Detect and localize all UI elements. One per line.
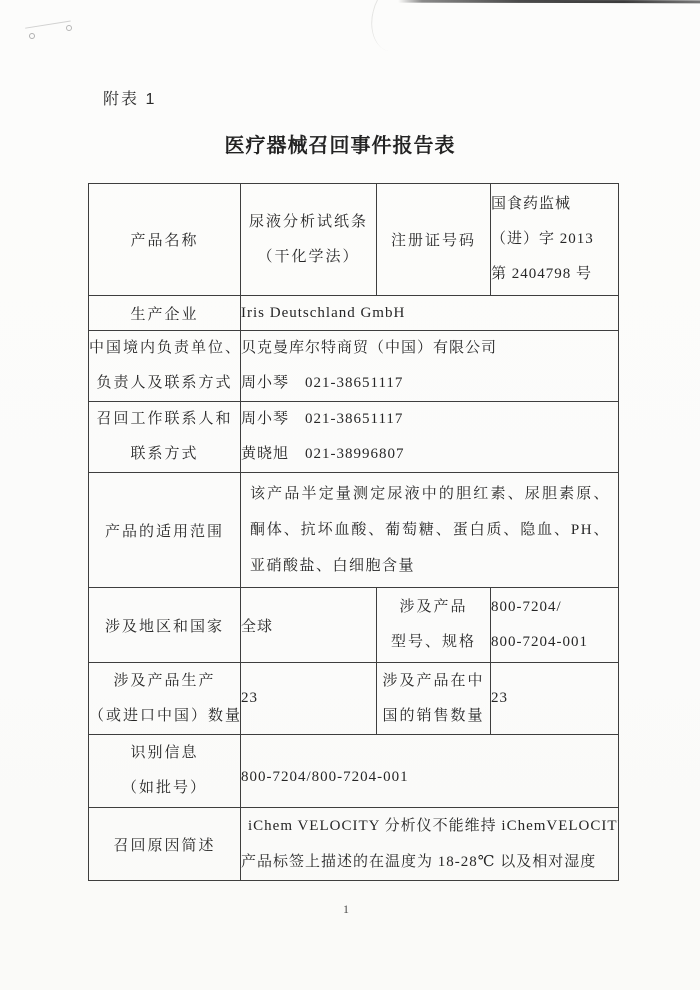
- manufacturer-label: 生产企业: [89, 296, 241, 331]
- row-china-agent: 中国境内负责单位、 负责人及联系方式 贝克曼库尔特商贸（中国）有限公司 周小琴 …: [89, 331, 619, 402]
- scope-label: 产品的适用范围: [89, 473, 241, 588]
- page-number: 1: [0, 902, 692, 917]
- recall-contact-value-line: 黄晓旭 021-38996807: [241, 437, 618, 472]
- recall-reason-label: 召回原因简述: [89, 808, 241, 881]
- china-agent-value-line: 周小琴 021-38651117: [241, 366, 618, 401]
- identification-value: 800-7204/800-7204-001: [241, 735, 619, 808]
- recall-contact-label-line: 召回工作联系人和: [89, 402, 240, 437]
- recall-contact-label: 召回工作联系人和 联系方式: [89, 402, 241, 473]
- product-name-value: 尿液分析试纸条 （干化学法）: [241, 184, 377, 296]
- recall-reason-value-line: iChem VELOCITY 分析仪不能维持 iChemVELOCITY: [241, 808, 618, 844]
- region-label: 涉及地区和国家: [89, 588, 241, 663]
- model-spec-label-line: 型号、规格: [377, 625, 490, 660]
- product-name-line: 尿液分析试纸条: [241, 205, 376, 240]
- scan-artifact-speck: [66, 25, 72, 31]
- china-sales-value: 23: [491, 663, 619, 735]
- product-name-label: 产品名称: [89, 184, 241, 296]
- identification-label-line: （如批号）: [89, 771, 240, 806]
- production-quantity-value: 23: [241, 663, 377, 735]
- registration-number-line: 第 2404798 号: [491, 257, 618, 292]
- model-spec-value-line: 800-7204/: [491, 590, 618, 625]
- identification-label: 识别信息 （如批号）: [89, 735, 241, 808]
- row-manufacturer: 生产企业 Iris Deutschland GmbH: [89, 296, 619, 331]
- scan-artifact-top-edge: [398, 0, 700, 3]
- row-product-name: 产品名称 尿液分析试纸条 （干化学法） 注册证号码 国食药监械 （进）字 201…: [89, 184, 619, 296]
- recall-contact-label-line: 联系方式: [89, 437, 240, 472]
- page-title: 医疗器械召回事件报告表: [0, 129, 680, 158]
- model-spec-value-line: 800-7204-001: [491, 625, 618, 660]
- row-quantity: 涉及产品生产 （或进口中国）数量 23 涉及产品在中 国的销售数量 23: [89, 663, 619, 735]
- annex-label: 附表 1: [103, 86, 156, 109]
- region-value: 全球: [241, 588, 377, 663]
- row-identification: 识别信息 （如批号） 800-7204/800-7204-001: [89, 735, 619, 808]
- china-agent-label-line: 中国境内负责单位、: [89, 331, 240, 366]
- recall-report-table: 产品名称 尿液分析试纸条 （干化学法） 注册证号码 国食药监械 （进）字 201…: [88, 183, 619, 881]
- identification-label-line: 识别信息: [89, 736, 240, 771]
- row-recall-reason: 召回原因简述 iChem VELOCITY 分析仪不能维持 iChemVELOC…: [89, 808, 619, 881]
- china-agent-label: 中国境内负责单位、 负责人及联系方式: [89, 331, 241, 402]
- production-quantity-label: 涉及产品生产 （或进口中国）数量: [89, 663, 241, 735]
- manufacturer-value: Iris Deutschland GmbH: [241, 296, 619, 331]
- scope-value-text: 该产品半定量测定尿液中的胆红素、尿胆素原、酮体、抗坏血酸、葡萄糖、蛋白质、隐血、…: [241, 473, 618, 587]
- row-scope: 产品的适用范围 该产品半定量测定尿液中的胆红素、尿胆素原、酮体、抗坏血酸、葡萄糖…: [89, 473, 619, 588]
- model-spec-value: 800-7204/ 800-7204-001: [491, 588, 619, 663]
- scan-artifact-speck: [29, 33, 35, 39]
- scope-value: 该产品半定量测定尿液中的胆红素、尿胆素原、酮体、抗坏血酸、葡萄糖、蛋白质、隐血、…: [241, 473, 619, 588]
- registration-number-line: 国食药监械: [491, 187, 618, 222]
- model-spec-label-line: 涉及产品: [377, 590, 490, 625]
- recall-reason-value: iChem VELOCITY 分析仪不能维持 iChemVELOCITY 产品标…: [241, 808, 619, 881]
- production-quantity-label-line: （或进口中国）数量: [89, 699, 240, 734]
- scan-artifact-crease: [364, 0, 428, 57]
- registration-number-value: 国食药监械 （进）字 2013 第 2404798 号: [491, 184, 619, 296]
- scanned-document-page: 附表 1 医疗器械召回事件报告表 产品名称 尿液分析试纸条 （干化学法） 注册证…: [0, 0, 700, 990]
- row-region: 涉及地区和国家 全球 涉及产品 型号、规格 800-7204/ 800-7204…: [89, 588, 619, 663]
- identification-value-line: 800-7204/800-7204-001: [241, 754, 618, 788]
- recall-contact-value: 周小琴 021-38651117 黄晓旭 021-38996807: [241, 402, 619, 473]
- registration-number-label: 注册证号码: [377, 184, 491, 296]
- row-recall-contact: 召回工作联系人和 联系方式 周小琴 021-38651117 黄晓旭 021-3…: [89, 402, 619, 473]
- china-agent-value-line: 贝克曼库尔特商贸（中国）有限公司: [241, 331, 618, 366]
- registration-number-line: （进）字 2013: [491, 222, 618, 257]
- china-sales-label-line: 涉及产品在中: [377, 664, 490, 699]
- china-agent-label-line: 负责人及联系方式: [89, 366, 240, 401]
- china-sales-label-line: 国的销售数量: [377, 699, 490, 734]
- scan-artifact-scratch: [25, 20, 73, 42]
- product-name-line: （干化学法）: [241, 240, 376, 275]
- production-quantity-label-line: 涉及产品生产: [89, 664, 240, 699]
- recall-reason-value-line: 产品标签上描述的在温度为 18-28℃ 以及相对湿度: [241, 844, 618, 880]
- china-sales-label: 涉及产品在中 国的销售数量: [377, 663, 491, 735]
- model-spec-label: 涉及产品 型号、规格: [377, 588, 491, 663]
- china-agent-value: 贝克曼库尔特商贸（中国）有限公司 周小琴 021-38651117: [241, 331, 619, 402]
- recall-contact-value-line: 周小琴 021-38651117: [241, 402, 618, 437]
